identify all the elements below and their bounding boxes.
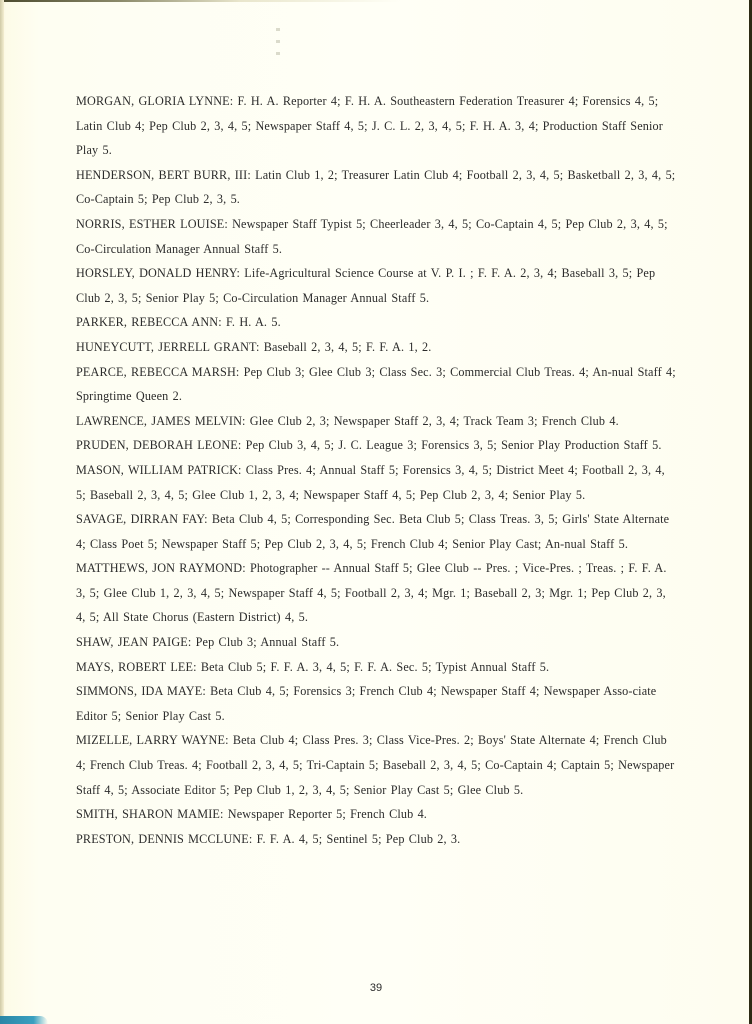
- senior-name: PARKER, REBECCA ANN:: [76, 315, 222, 329]
- scan-corner-mark: [0, 1016, 48, 1024]
- senior-activities: F. H. A. 5.: [226, 315, 281, 329]
- senior-entry: HORSLEY, DONALD HENRY: Life-Agricultural…: [76, 261, 676, 310]
- senior-name: PEARCE, REBECCA MARSH:: [76, 365, 239, 379]
- senior-entry: PEARCE, REBECCA MARSH: Pep Club 3; Glee …: [76, 360, 676, 409]
- senior-name: SIMMONS, IDA MAYE:: [76, 684, 206, 698]
- senior-name: HUNEYCUTT, JERRELL GRANT:: [76, 340, 260, 354]
- senior-name: MATTHEWS, JON RAYMOND:: [76, 561, 246, 575]
- senior-name: MAYS, ROBERT LEE:: [76, 660, 197, 674]
- senior-activities: Newspaper Reporter 5; French Club 4.: [228, 807, 427, 821]
- senior-name: SAVAGE, DIRRAN FAY:: [76, 512, 208, 526]
- senior-activities: Beta Club 5; F. F. A. 3, 4, 5; F. F. A. …: [201, 660, 549, 674]
- senior-name: SHAW, JEAN PAIGE:: [76, 635, 191, 649]
- senior-name: HORSLEY, DONALD HENRY:: [76, 266, 240, 280]
- senior-entry: SIMMONS, IDA MAYE: Beta Club 4, 5; Foren…: [76, 679, 676, 728]
- senior-entry: MORGAN, GLORIA LYNNE: F. H. A. Reporter …: [76, 89, 676, 163]
- senior-entry: MASON, WILLIAM PATRICK: Class Pres. 4; A…: [76, 458, 676, 507]
- senior-entry: HUNEYCUTT, JERRELL GRANT: Baseball 2, 3,…: [76, 335, 676, 360]
- senior-name: PRUDEN, DEBORAH LEONE:: [76, 438, 241, 452]
- senior-entry: PRESTON, DENNIS McCLUNE: F. F. A. 4, 5; …: [76, 827, 676, 852]
- senior-name: MIZELLE, LARRY WAYNE:: [76, 733, 229, 747]
- senior-entry: MAYS, ROBERT LEE: Beta Club 5; F. F. A. …: [76, 655, 676, 680]
- senior-entry: SMITH, SHARON MAMIE: Newspaper Reporter …: [76, 802, 676, 827]
- page-top-edge: [0, 0, 752, 2]
- senior-activities: Pep Club 3, 4, 5; J. C. League 3; Forens…: [246, 438, 662, 452]
- senior-entry: SHAW, JEAN PAIGE: Pep Club 3; Annual Sta…: [76, 630, 676, 655]
- senior-name: PRESTON, DENNIS McCLUNE:: [76, 832, 252, 846]
- senior-activities-list: MORGAN, GLORIA LYNNE: F. H. A. Reporter …: [76, 89, 676, 851]
- yearbook-page: MORGAN, GLORIA LYNNE: F. H. A. Reporter …: [0, 0, 752, 1024]
- senior-name: HENDERSON, BERT BURR, III:: [76, 168, 251, 182]
- senior-name: MORGAN, GLORIA LYNNE:: [76, 94, 233, 108]
- senior-entry: SAVAGE, DIRRAN FAY: Beta Club 4, 5; Corr…: [76, 507, 676, 556]
- senior-entry: LAWRENCE, JAMES MELVIN: Glee Club 2, 3; …: [76, 409, 676, 434]
- senior-name: SMITH, SHARON MAMIE:: [76, 807, 224, 821]
- senior-name: NORRIS, ESTHER LOUISE:: [76, 217, 228, 231]
- page-number: 39: [0, 982, 752, 994]
- senior-name: LAWRENCE, JAMES MELVIN:: [76, 414, 246, 428]
- senior-entry: PRUDEN, DEBORAH LEONE: Pep Club 3, 4, 5;…: [76, 433, 676, 458]
- senior-entry: MIZELLE, LARRY WAYNE: Beta Club 4; Class…: [76, 728, 676, 802]
- senior-name: MASON, WILLIAM PATRICK:: [76, 463, 242, 477]
- senior-activities: Glee Club 2, 3; Newspaper Staff 2, 3, 4;…: [250, 414, 619, 428]
- senior-entry: MATTHEWS, JON RAYMOND: Photographer -- A…: [76, 556, 676, 630]
- senior-activities: F. F. A. 4, 5; Sentinel 5; Pep Club 2, 3…: [257, 832, 461, 846]
- senior-entry: NORRIS, ESTHER LOUISE: Newspaper Staff T…: [76, 212, 676, 261]
- senior-entry: HENDERSON, BERT BURR, III: Latin Club 1,…: [76, 163, 676, 212]
- senior-activities: Baseball 2, 3, 4, 5; F. F. A. 1, 2.: [264, 340, 432, 354]
- senior-entry: PARKER, REBECCA ANN: F. H. A. 5.: [76, 310, 676, 335]
- page-left-edge: [0, 0, 4, 1024]
- senior-activities: Pep Club 3; Annual Staff 5.: [196, 635, 340, 649]
- scan-marks: [273, 28, 285, 70]
